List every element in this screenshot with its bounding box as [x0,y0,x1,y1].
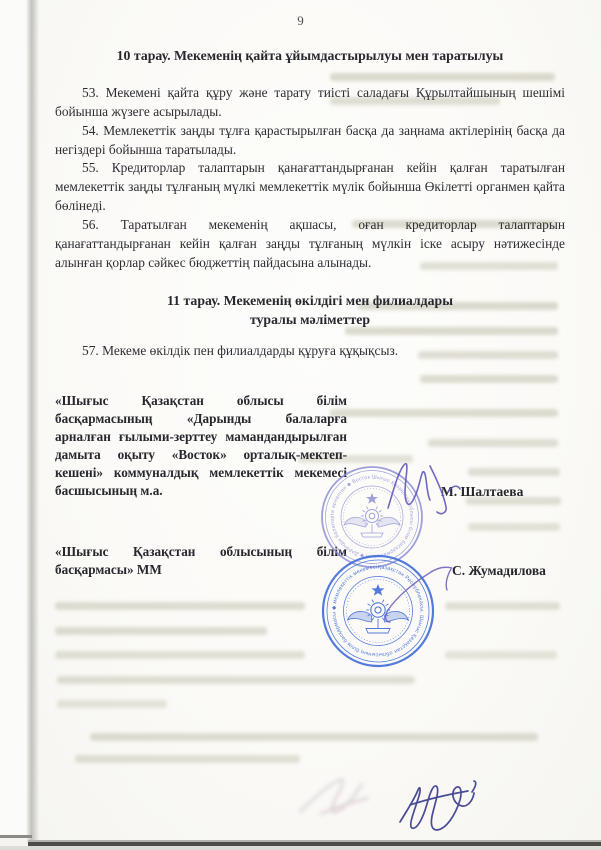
bleedthrough-signature [290,770,385,825]
page-number: 9 [0,13,601,29]
chapter11-title-line1: 11 тарау. Мекеменің өкілдігі мен филиалд… [55,291,565,310]
bleedthrough-line [55,602,305,610]
handwritten-signature-bottom [390,775,485,840]
signatory1-organization: «Шығыс Қазақстан облысы білім басқармасы… [55,392,347,500]
signatory2-name: С. Жумадилова [452,563,546,579]
paragraph-53: 53. Мекемені қайта құру және тарату тиіс… [55,83,565,121]
bleedthrough-line [90,733,538,741]
paragraph-56: 56. Таратылған мекеменің ақшасы, оған кр… [55,215,565,272]
page-fold-shadow [26,0,40,843]
bleedthrough-line [468,523,560,531]
chapter10-title: 10 тарау. Мекеменің қайта ұйымдастырылуы… [55,46,565,65]
scanned-document-page: 9 10 тарау. Мекеменің қайта ұйымдастырыл… [0,0,601,850]
handwritten-signature-2-flourish [368,555,463,635]
bleedthrough-line [57,676,415,684]
bleedthrough-line [55,627,267,635]
bleedthrough-line [75,755,300,763]
bleedthrough-line [55,651,305,659]
paragraph-57: 57. Мекеме өкілдік пен филиалдарды құруғ… [55,341,565,360]
bleedthrough-line [420,375,558,383]
bleedthrough-line [330,409,558,417]
bleedthrough-line [445,651,557,659]
bleedthrough-line [57,700,167,708]
signatory2-organization: «Шығыс Қазақстан облысының білім басқарм… [55,543,347,579]
bleedthrough-line [330,73,555,81]
handwritten-signature-1 [375,450,470,535]
scan-left-margin [0,0,27,838]
scan-background-below [0,846,601,850]
paragraph-55: 55. Кредиторлар талаптарын қанағаттандыр… [55,158,565,215]
paragraph-54: 54. Мемлекеттік заңды тұлға қарастырылға… [55,121,565,159]
bleedthrough-line [428,439,558,447]
scan-edge-left-bottom [0,835,32,838]
chapter11-title-line2: туралы мәліметтер [55,310,565,329]
chapter11-title: 11 тарау. Мекеменің өкілдігі мен филиалд… [55,291,565,329]
bleedthrough-line [468,468,560,476]
